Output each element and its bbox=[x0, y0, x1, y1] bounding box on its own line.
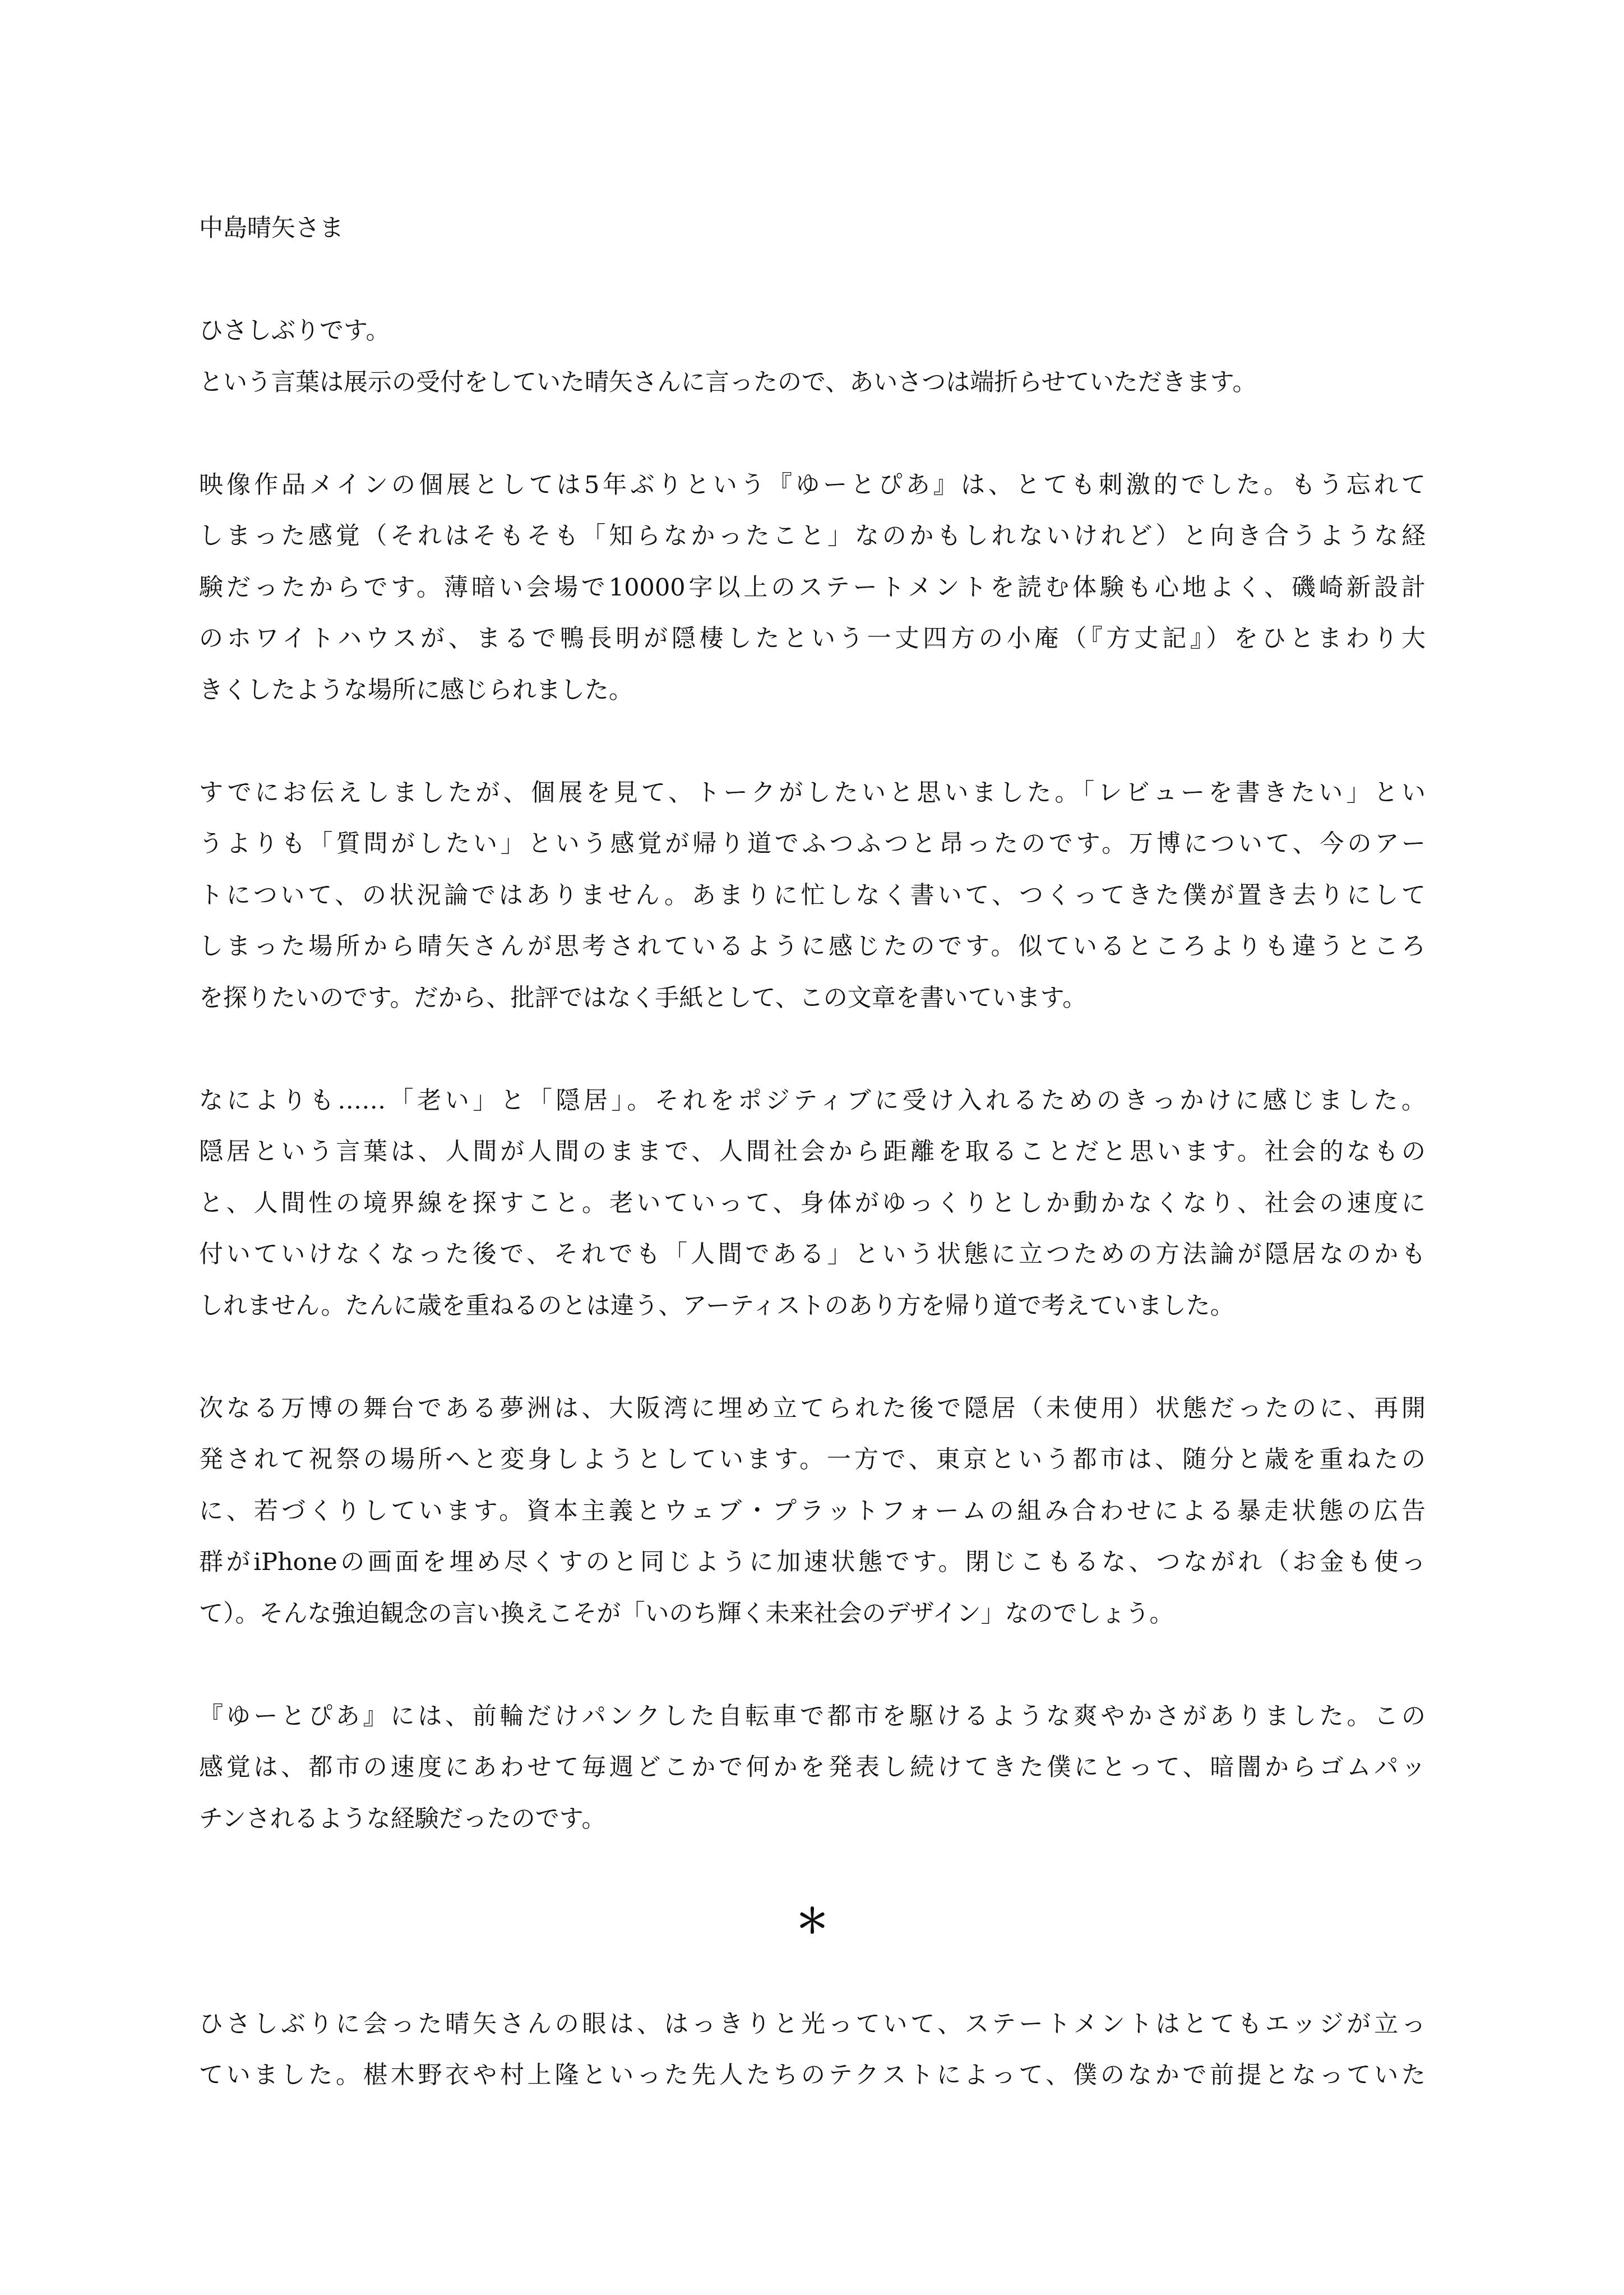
text-line: きくしたような場所に感じられました。 bbox=[199, 665, 1426, 717]
text-line: しまった感覚（それはそもそも「知らなかったこと」なのかもしれないけれど）と向き合… bbox=[199, 511, 1426, 562]
paragraph-reunion: ひさしぶりに会った晴矢さんの眼は、はっきりと光っていて、ステートメントはとてもエ… bbox=[199, 1999, 1426, 2102]
salutation: 中島晴矢さま bbox=[199, 203, 1426, 255]
text-line: しれません。たんに歳を重ねるのとは違う、アーティストのあり方を帰り道で考えていま… bbox=[199, 1281, 1426, 1332]
blank-line bbox=[199, 1845, 1426, 1896]
text-line: 験だったからです。薄暗い会場で10000字以上のステートメントを読む体験も心地よ… bbox=[199, 562, 1426, 614]
blank-line bbox=[199, 1640, 1426, 1691]
text-line: ひさしぶりです。 bbox=[199, 306, 1426, 357]
text-line: 映像作品メインの個展としては5年ぶりという『ゆーとぴあ』は、とても刺激的でした。… bbox=[199, 460, 1426, 511]
text-line: 付いていけなくなった後で、それでも「人間である」という状態に立つための方法論が隠… bbox=[199, 1229, 1426, 1281]
blank-line bbox=[199, 716, 1426, 768]
text-line: 『ゆーとぴあ』には、前輪だけパンクした自転車で都市を駆けるような爽やかさがありま… bbox=[199, 1691, 1426, 1743]
paragraph-greeting: ひさしぶりです。 という言葉は展示の受付をしていた晴矢さんに言ったので、あいさつ… bbox=[199, 306, 1426, 408]
blank-line bbox=[199, 1332, 1426, 1383]
text-line: うよりも「質問がしたい」という感覚が帰り道でふつふつと昂ったのです。万博について… bbox=[199, 819, 1426, 870]
blank-line bbox=[199, 408, 1426, 460]
text-line: チンされるような経験だったのです。 bbox=[199, 1794, 1426, 1845]
section-separator-asterisk: ＊ bbox=[199, 1896, 1426, 1948]
text-line: という言葉は展示の受付をしていた晴矢さんに言ったので、あいさつは端折らせていただ… bbox=[199, 357, 1426, 409]
paragraph-utopia-bicycle: 『ゆーとぴあ』には、前輪だけパンクした自転車で都市を駆けるような爽やかさがありま… bbox=[199, 1691, 1426, 1845]
text-line: 群がiPhoneの画面を埋め尽くすのと同じように加速状態です。閉じこもるな、つな… bbox=[199, 1537, 1426, 1589]
text-line: を探りたいのです。だから、批評ではなく手紙として、この文章を書いています。 bbox=[199, 973, 1426, 1024]
blank-line bbox=[199, 1947, 1426, 1999]
text-line: なによりも……「老い」と「隠居」。それをポジティブに受け入れるためのきっかけに感… bbox=[199, 1075, 1426, 1127]
text-line: すでにお伝えしましたが、個展を見て、トークがしたいと思いました。「レビューを書き… bbox=[199, 768, 1426, 819]
text-line: 感覚は、都市の速度にあわせて毎週どこかで何かを発表し続けてきた僕にとって、暗闇か… bbox=[199, 1742, 1426, 1794]
paragraph-exhibition-impression: 映像作品メインの個展としては5年ぶりという『ゆーとぴあ』は、とても刺激的でした。… bbox=[199, 460, 1426, 717]
paragraph-expo-city: 次なる万博の舞台である夢洲は、大阪湾に埋め立てられた後で隠居（未使用）状態だった… bbox=[199, 1383, 1426, 1640]
paragraph-motivation: すでにお伝えしましたが、個展を見て、トークがしたいと思いました。「レビューを書き… bbox=[199, 768, 1426, 1024]
text-line: 隠居という言葉は、人間が人間のままで、人間社会から距離を取ることだと思います。社… bbox=[199, 1126, 1426, 1178]
text-line: と、人間性の境界線を探すこと。老いていって、身体がゆっくりとしか動かなくなり、社… bbox=[199, 1178, 1426, 1230]
text-line: 発されて祝祭の場所へと変身しようとしています。一方で、東京という都市は、随分と歳… bbox=[199, 1434, 1426, 1486]
text-line: しまった場所から晴矢さんが思考されているように感じたのです。似ているところよりも… bbox=[199, 921, 1426, 973]
text-line: トについて、の状況論ではありません。あまりに忙しなく書いて、つくってきた僕が置き… bbox=[199, 870, 1426, 922]
text-line: のホワイトハウスが、まるで鴨長明が隠棲したという一丈四方の小庵（『方丈記』）をひ… bbox=[199, 613, 1426, 665]
blank-line bbox=[199, 1024, 1426, 1075]
text-line: に、若づくりしています。資本主義とウェブ・プラットフォームの組み合わせによる暴走… bbox=[199, 1486, 1426, 1537]
text-line: 次なる万博の舞台である夢洲は、大阪湾に埋め立てられた後で隠居（未使用）状態だった… bbox=[199, 1383, 1426, 1435]
paragraph-aging-retirement: なによりも……「老い」と「隠居」。それをポジティブに受け入れるためのきっかけに感… bbox=[199, 1075, 1426, 1332]
text-line: て）。そんな強迫観念の言い換えこそが「いのち輝く未来社会のデザイン」なのでしょう… bbox=[199, 1589, 1426, 1640]
blank-line bbox=[199, 255, 1426, 306]
text-line: ひさしぶりに会った晴矢さんの眼は、はっきりと光っていて、ステートメントはとてもエ… bbox=[199, 1999, 1426, 2051]
letter-page: 中島晴矢さま ひさしぶりです。 という言葉は展示の受付をしていた晴矢さんに言った… bbox=[199, 203, 1426, 2102]
text-line: ていました。椹木野衣や村上隆といった先人たちのテクストによって、僕のなかで前提と… bbox=[199, 2050, 1426, 2102]
